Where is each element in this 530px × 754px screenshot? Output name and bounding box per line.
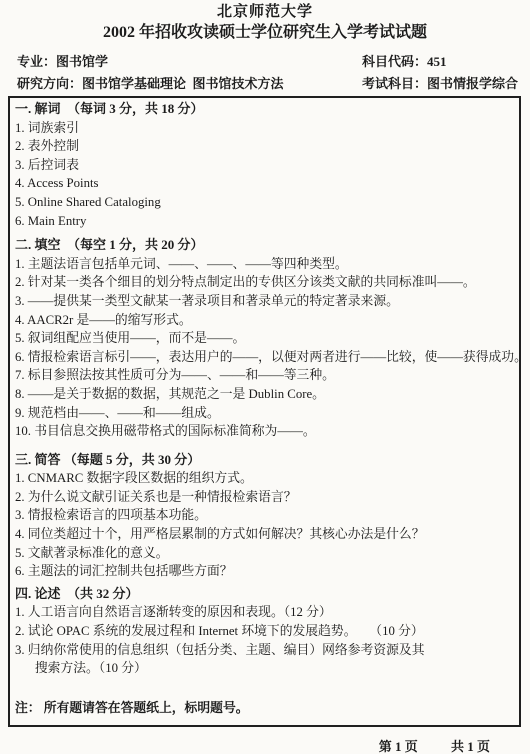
subject-code-label: 科目代码：: [362, 54, 427, 69]
paper-header: 北京师范大学 2002 年招收攻读硕士学位研究生入学考试试题: [0, 0, 530, 43]
section-term-definitions: 一. 解词 （每词 3 分，共 18 分） 1. 词族索引 2. 表外控制 3.…: [15, 100, 517, 230]
paper-title: 2002 年招收攻读硕士学位研究生入学考试试题: [0, 22, 530, 43]
research-direction-row: 研究方向：图书馆学基础理论 图书馆技术方法: [17, 73, 284, 95]
question-item: 3. 情报检索语言的四项基本功能。: [15, 506, 517, 525]
exam-subject-label: 考试科目：: [362, 76, 427, 91]
page-number: 第 1 页: [379, 739, 418, 754]
major-label: 专业：: [17, 54, 56, 69]
meta-right-column: 科目代码：451 考试科目：图书情报学综合: [362, 51, 520, 95]
subject-code-row: 科目代码：451: [362, 51, 520, 73]
research-direction-value: 图书馆学基础理论 图书馆技术方法: [82, 76, 284, 91]
university-name: 北京师范大学: [0, 3, 530, 22]
question-item: 3. ——提供某一类型文献某一著录项目和著录单元的特定著录来源。: [15, 292, 517, 311]
page-footer: 第 1 页 共 1 页: [0, 727, 530, 754]
question-item: 7. 标目参照法按其性质可分为——、——和——等三种。: [15, 366, 517, 385]
question-item: 6. Main Entry: [15, 212, 517, 231]
question-item: 6. 主题法的词汇控制共包括哪些方面？: [15, 562, 517, 581]
question-item: 5. Online Shared Cataloging: [15, 193, 517, 212]
section-heading: 三. 简答 （每题 5 分，共 30 分）: [15, 451, 517, 470]
exam-subject-value: 图书情报学综合: [427, 76, 518, 91]
meta-left-column: 专业：图书馆学 研究方向：图书馆学基础理论 图书馆技术方法: [17, 51, 284, 95]
meta-block: 专业：图书馆学 研究方向：图书馆学基础理论 图书馆技术方法 科目代码：451 考…: [0, 43, 530, 95]
question-item: 2. 试论 OPAC 系统的发展过程和 Internet 环境下的发展趋势。 （…: [15, 622, 517, 641]
question-item: 4. 同位类超过十个，用严格层累制的方式如何解决？其核心办法是什么？: [15, 525, 517, 544]
question-item: 8. ——是关于数据的数据，其规范之一是 Dublin Core。: [15, 385, 517, 404]
section-fill-in-blanks: 二. 填空 （每空 1 分，共 20 分） 1. 主题法语言包括单元词、——、—…: [15, 236, 517, 441]
questions-frame: 一. 解词 （每词 3 分，共 18 分） 1. 词族索引 2. 表外控制 3.…: [8, 96, 521, 727]
question-item: 9. 规范档由——、——和——组成。: [15, 404, 517, 423]
question-item: 2. 表外控制: [15, 137, 517, 156]
question-item: 4. Access Points: [15, 174, 517, 193]
question-item: 5. 文献著录标准化的意义。: [15, 544, 517, 563]
section-heading: 四. 论述 （共 32 分）: [15, 585, 517, 604]
section-short-answers: 三. 简答 （每题 5 分，共 30 分） 1. CNMARC 数据字段区数据的…: [15, 451, 517, 581]
question-item: 1. CNMARC 数据字段区数据的组织方式。: [15, 469, 517, 488]
exam-paper-page: 北京师范大学 2002 年招收攻读硕士学位研究生入学考试试题 专业：图书馆学 研…: [0, 0, 530, 754]
section-heading: 二. 填空 （每空 1 分，共 20 分）: [15, 236, 517, 255]
question-item: 3. 后控词表: [15, 156, 517, 175]
question-item: 10. 书目信息交换用磁带格式的国际标准简称为——。: [15, 422, 517, 441]
section-heading: 一. 解词 （每词 3 分，共 18 分）: [15, 100, 517, 119]
page-total: 共 1 页: [451, 739, 490, 754]
question-item: 2. 针对某一类各个细目的划分特点制定出的专供区分该类文献的共同标准叫——。: [15, 273, 517, 292]
question-item: 3. 归纳你常使用的信息组织（包括分类、主题、编目）网络参考资源及其 搜索方法。…: [15, 641, 517, 678]
question-item: 6. 情报检索语言标引——，表达用户的——，以便对两者进行——比较，使——获得成…: [15, 348, 517, 367]
major-row: 专业：图书馆学: [17, 51, 284, 73]
question-item: 4. AACR2r 是——的缩写形式。: [15, 311, 517, 330]
question-item: 5. 叙词组配应当使用——，而不是——。: [15, 329, 517, 348]
major-value: 图书馆学: [56, 54, 108, 69]
question-item: 1. 主题法语言包括单元词、——、——、——等四种类型。: [15, 255, 517, 274]
question-item: 2. 为什么说文献引证关系也是一种情报检索语言？: [15, 488, 517, 507]
note-line: 注： 所有题请答在答题纸上，标明题号。: [15, 699, 517, 718]
research-direction-label: 研究方向：: [17, 76, 82, 91]
question-item: 1. 人工语言向自然语言逐渐转变的原因和表现。（12 分）: [15, 603, 517, 622]
exam-subject-row: 考试科目：图书情报学综合: [362, 73, 520, 95]
question-item: 1. 词族索引: [15, 119, 517, 138]
section-essays: 四. 论述 （共 32 分） 1. 人工语言向自然语言逐渐转变的原因和表现。（1…: [15, 585, 517, 678]
subject-code-value: 451: [427, 54, 447, 69]
